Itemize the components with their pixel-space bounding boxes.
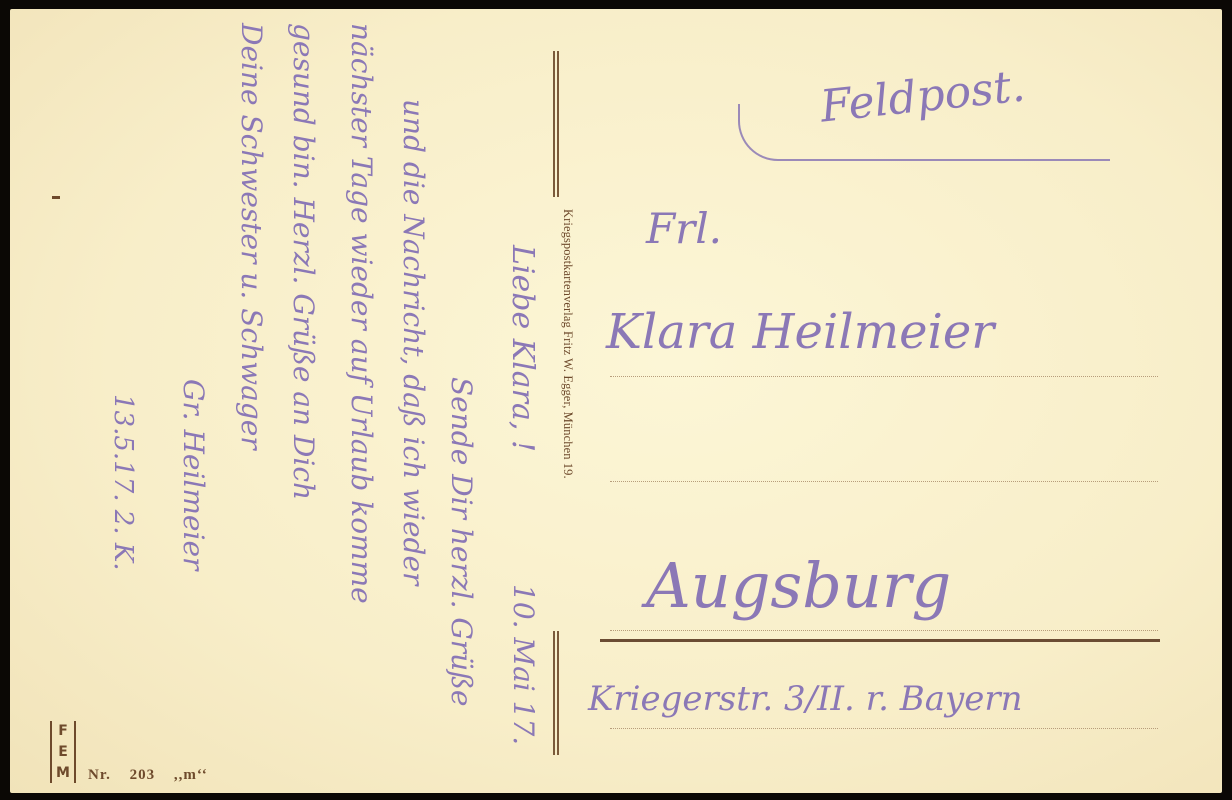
card-number-label: Nr. xyxy=(88,767,111,783)
message-signature: Gr. Heilmeier xyxy=(177,379,210,570)
feldpost-underline-flourish xyxy=(738,104,1110,161)
address-line-bold xyxy=(600,639,1160,642)
fem-logo: F E M xyxy=(50,721,76,783)
message-line-1: Sende Dir herzl. Grüße xyxy=(445,377,478,706)
publisher-imprint: Kriegspostkartenverlag Fritz W. Egger, M… xyxy=(560,209,575,629)
postcard: Kriegspostkartenverlag Fritz W. Egger, M… xyxy=(10,9,1222,793)
recipient-name: Klara Heilmeier xyxy=(606,304,994,360)
fem-logo-f: F xyxy=(58,724,68,738)
message-date: 10. Mai 17. xyxy=(507,584,540,745)
address-line-3 xyxy=(610,630,1158,631)
divider-bottom xyxy=(553,631,555,755)
card-number: Nr. 203 ,,m‘‘ xyxy=(88,767,222,784)
divider-top xyxy=(553,51,555,197)
fem-logo-m: M xyxy=(56,766,70,780)
message-line-4: gesund bin. Herzl. Grüße an Dich xyxy=(287,23,320,500)
address-line-4 xyxy=(610,728,1158,729)
divider-top-2 xyxy=(557,51,559,197)
address-line-1 xyxy=(610,376,1158,377)
card-series: ,,m‘‘ xyxy=(174,767,208,783)
divider-bottom-2 xyxy=(557,631,559,755)
message-greeting: Liebe Klara, ! xyxy=(505,245,540,452)
address-line-2 xyxy=(610,481,1158,482)
fem-logo-e: E xyxy=(58,745,68,759)
recipient-street: Kriegerstr. 3/II. r. Bayern xyxy=(588,679,1022,719)
card-number-value: 203 xyxy=(130,767,156,783)
message-signature-date: 13.5.17. 2. K. xyxy=(108,394,138,571)
message-line-2: und die Nachricht, daß ich wieder xyxy=(397,99,430,585)
message-line-5: Deine Schwester u. Schwager xyxy=(235,23,268,450)
message-line-3: nächster Tage wieder auf Urlaub komme xyxy=(345,23,378,604)
print-mark xyxy=(52,196,60,199)
salutation: Frl. xyxy=(646,204,722,253)
recipient-city: Augsburg xyxy=(646,549,951,622)
